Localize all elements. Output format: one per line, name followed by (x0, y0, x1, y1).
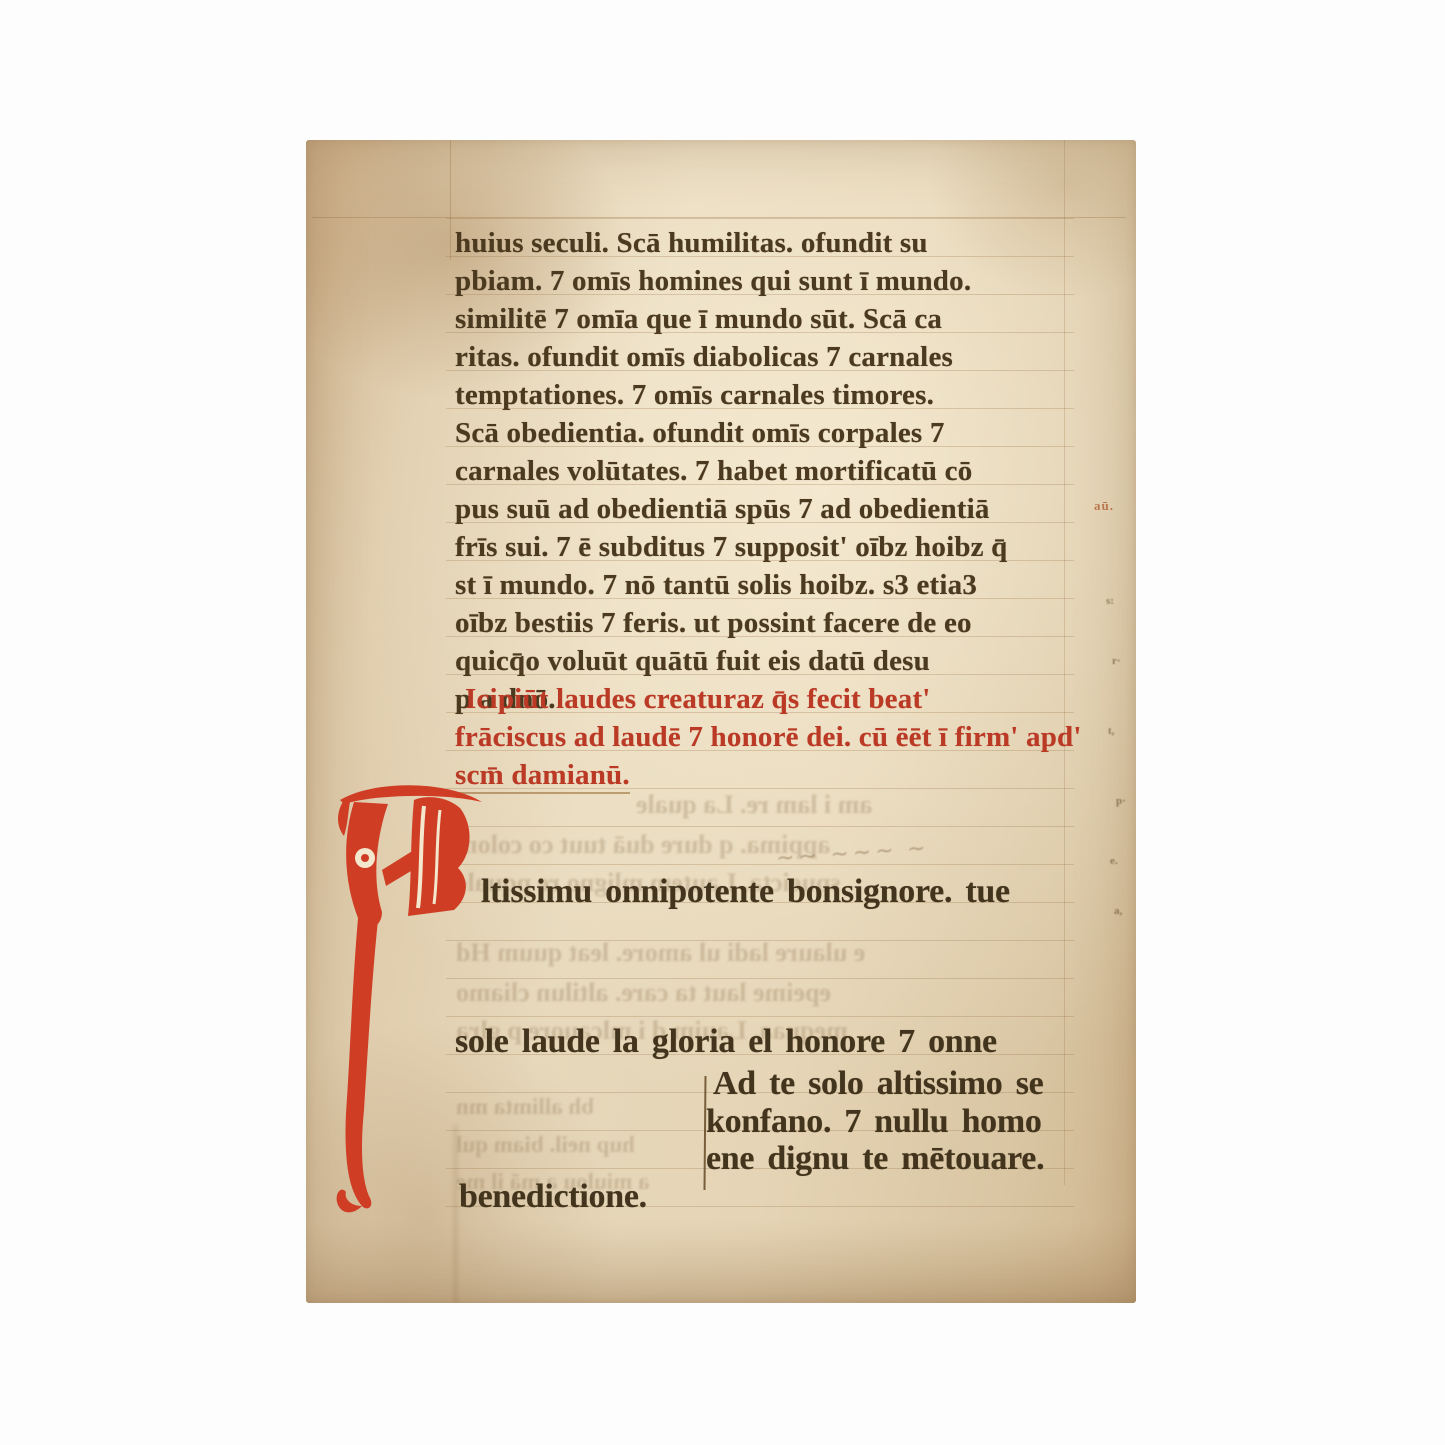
latin-line: huius seculi. Scā humilitas. ofundit su (455, 229, 928, 258)
margin-scribble: p· (1116, 795, 1126, 807)
margin-scribble: r· (1112, 655, 1121, 667)
latin-line: quicq̄o voluūt quātū fuit eis datū desu (455, 647, 930, 676)
latin-line: pbiam. 7 omīs homines qui sunt ī mundo. (455, 267, 971, 296)
canticle-line: ltissimu onnipotente bonsignore. tue (481, 875, 1010, 909)
latin-line: similitē 7 omīa que ī mundo sūt. Scā ca (455, 305, 942, 334)
showthrough-line: appima. q dure duā tuut co colom (456, 832, 830, 858)
margin-scribble: e. (1110, 855, 1118, 867)
canticle-line: benedictione. (459, 1180, 647, 1214)
manuscript-photo: huius seculi. Scā humilitas. ofundit su … (306, 140, 1136, 1303)
canticle-line: ene dignu te mētouare. (706, 1142, 1044, 1176)
showthrough-line: am i lam re. La quale (636, 792, 872, 818)
canticle-line: konfano. 7 nullu homo (706, 1105, 1042, 1139)
latin-line: carnales volūtates. 7 habet mortificatū … (455, 457, 972, 486)
latin-line: oībz bestiis 7 feris. ut possint facere … (455, 609, 972, 638)
canticle-line: sole laude la gloria el honore 7 onne (455, 1025, 997, 1059)
rubric-incipit: Icipiūt laudes creaturaz q̄s fecit beat' (465, 685, 931, 714)
latin-line: pus suū ad obedientiā spūs 7 ad obedient… (455, 495, 990, 524)
margin-scribble: s: (1106, 595, 1114, 607)
latin-line: frīs sui. 7 ē subditus 7 supposit' oībz … (455, 533, 1008, 562)
latin-line: temptationes. 7 omīs carnales timores. (455, 381, 934, 410)
canticle-line: Ad te solo altissimo se (713, 1067, 1043, 1101)
showthrough-line: e ulaure ladi ul amore. leat quum Hd (456, 940, 865, 966)
latin-line: ritas. ofundit omīs diabolicas 7 carnale… (455, 343, 953, 372)
margin-scribble: t, (1108, 725, 1114, 737)
illuminated-initial-a (334, 778, 489, 1223)
showthrough-line: epeime laut ta care. altilun cliamo (456, 980, 831, 1006)
margin-scribble: a, (1114, 905, 1122, 917)
rubric-line: frāciscus ad laudē 7 honorē dei. cū ēēt … (455, 723, 1082, 752)
latin-line: st ī mundo. 7 nō tantū solis hoibz. s3 e… (455, 571, 977, 600)
page-background: { "manuscript": { "latin_lines": [ "huiu… (0, 0, 1445, 1445)
latin-line: Scā obedientia. ofundit omīs corpales 7 (455, 419, 945, 448)
margin-note-red: aū. (1094, 498, 1114, 514)
